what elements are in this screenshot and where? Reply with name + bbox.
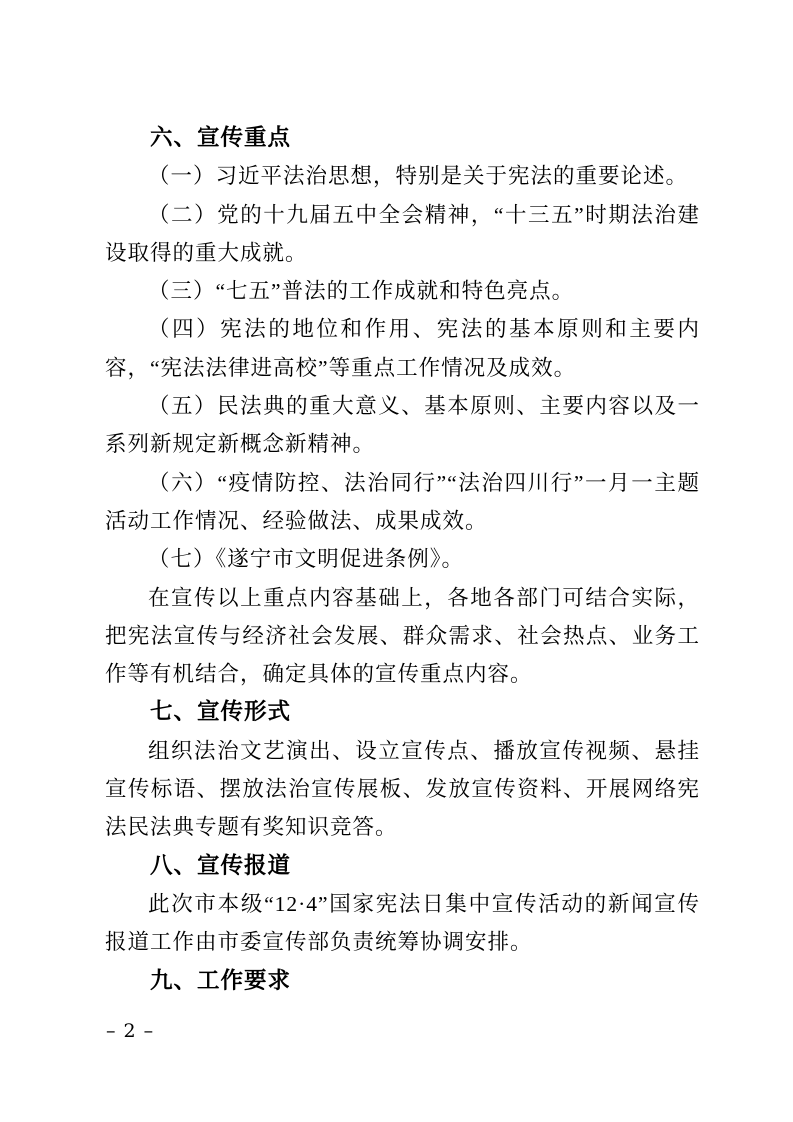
paragraph-item-7: （七）《遂宁市文明促进条例》。 (105, 540, 700, 578)
paragraph-item-6: （六）“疫情防控、法治同行”“法治四川行”一月一主题活动工作情况、经验做法、成果… (105, 464, 700, 541)
paragraph-summary: 在宣传以上重点内容基础上，各地各部门可结合实际，把宪法宣传与经济社会发展、群众需… (105, 579, 700, 694)
heading-section-7-publicity-forms: 七、宣传形式 (105, 693, 700, 731)
page-number: – 2 – (106, 1018, 154, 1044)
paragraph-publicity-reporting: 此次市本级“12·4”国家宪法日集中宣传活动的新闻宣传报道工作由市委宣传部负责统… (105, 885, 700, 962)
paragraph-item-5: （五）民法典的重大意义、基本原则、主要内容以及一系列新规定新概念新精神。 (105, 387, 700, 464)
document-body: 六、宣传重点 （一）习近平法治思想，特别是关于宪法的重要论述。 （二）党的十九届… (105, 119, 700, 1000)
document-page: 六、宣传重点 （一）习近平法治思想，特别是关于宪法的重要论述。 （二）党的十九届… (0, 0, 793, 1122)
paragraph-item-1: （一）习近平法治思想，特别是关于宪法的重要论述。 (105, 157, 700, 195)
heading-section-6-publicity-priorities: 六、宣传重点 (105, 119, 700, 157)
heading-section-8-publicity-reporting: 八、宣传报道 (105, 847, 700, 885)
heading-section-9-work-requirements: 九、工作要求 (105, 962, 700, 1000)
paragraph-item-3: （三）“七五”普法的工作成就和特色亮点。 (105, 272, 700, 310)
paragraph-item-4: （四）宪法的地位和作用、宪法的基本原则和主要内容，“宪法法律进高校”等重点工作情… (105, 310, 700, 387)
paragraph-item-2: （二）党的十九届五中全会精神，“十三五”时期法治建设取得的重大成就。 (105, 196, 700, 273)
paragraph-publicity-forms: 组织法治文艺演出、设立宣传点、播放宣传视频、悬挂宣传标语、摆放法治宣传展板、发放… (105, 732, 700, 847)
